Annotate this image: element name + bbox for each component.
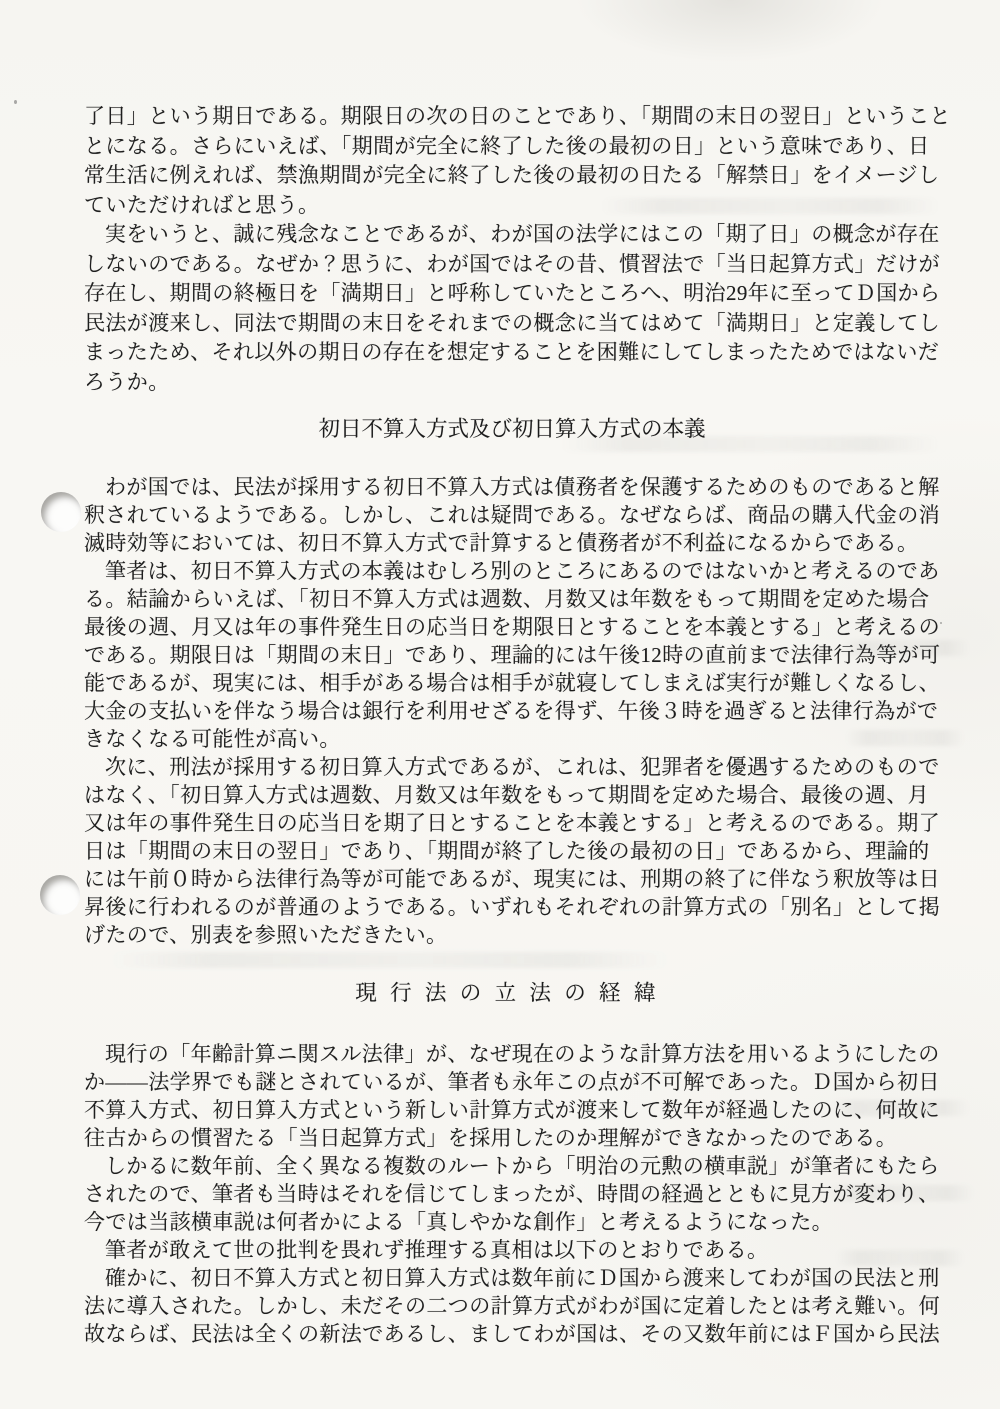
text-line: まったため、それ以外の期日の存在を想定することを困難にしてしまったためではないだ: [84, 338, 940, 368]
section-heading-rippou-keii: 現行法の立法の経緯: [84, 978, 940, 1008]
text-line: とになる。さらにいえば、「期間が完全に終了した後の最初の日」という意味であり、日: [84, 132, 940, 162]
text-line: 釈されているようである。しかし、これは疑問である。なぜならば、商品の購入代金の消: [84, 501, 940, 529]
text-line: 昇後に行われるのが普通のようである。いずれもそれぞれの計算方式の「別名」として掲: [84, 893, 940, 921]
text-line: きなくなる可能性が高い。: [84, 725, 940, 753]
text-line: 法に導入された。しかし、未だその二つの計算方式がわが国に定着したとは考え難い。何: [84, 1292, 940, 1320]
text-line: 滅時効等においては、初日不算入方式で計算すると債務者が不利益になるからである。: [84, 529, 940, 557]
text-line: 存在し、期間の終極日を「満期日」と呼称していたところへ、明治29年に至ってＤ国か…: [84, 279, 940, 309]
text-line: 故ならば、民法は全くの新法であるし、ましてわが国は、その又数年前にはＦ国から民法: [84, 1320, 940, 1348]
scan-speck: [940, 622, 942, 624]
text-line: 能であるが、現実には、相手がある場合は相手が就寝してしまえば実行が難しくなるし、: [84, 669, 940, 697]
text-line: 了日」という期日である。期限日の次の日のことであり、「期間の末日の翌日」というこ…: [84, 102, 940, 132]
text-line: か――法学界でも謎とされているが、筆者も永年この点が不可解であった。Ｄ国から初日: [84, 1068, 940, 1096]
text-line: 今では当該横車説は何者かによる「真しやかな創作」と考えるようになった。: [84, 1208, 940, 1236]
bleedthrough-smudge: [110, 952, 670, 968]
text-line: げたので、別表を参照いただきたい。: [84, 921, 940, 949]
text-block-2: わが国では、民法が採用する初日不算入方式は債務者を保護するためのものであると解 …: [84, 473, 940, 949]
text-line: ていただければと思う。: [84, 191, 940, 221]
section-heading-honngi: 初日不算入方式及び初日算入方式の本義: [84, 414, 940, 444]
scanned-document-page: 了日」という期日である。期限日の次の日のことであり、「期間の末日の翌日」というこ…: [0, 0, 1000, 1409]
text-line: 大金の支払いを伴なう場合は銀行を利用せざるを得ず、午後３時を過ぎると法律行為がで: [84, 697, 940, 725]
text-line: 不算入方式、初日算入方式という新しい計算方式が渡来して数年が経過したのに、何故に: [84, 1096, 940, 1124]
text-line: わが国では、民法が採用する初日不算入方式は債務者を保護するためのものであると解: [84, 473, 940, 501]
text-line: されたので、筆者も当時はそれを信じてしまったが、時間の経過とともに見方が変わり、: [84, 1180, 940, 1208]
text-line: しかるに数年前、全く異なる複数のルートから「明治の元勲の横車説」が筆者にもたら: [84, 1152, 940, 1180]
scan-speck: [14, 100, 17, 104]
text-line: 往古からの慣習たる「当日起算方式」を採用したのか理解ができなかったのである。: [84, 1124, 940, 1152]
text-line: 日は「期間の末日の翌日」であり、「期間が終了した後の最初の日」であるから、理論的: [84, 837, 940, 865]
text-line: 民法が渡来し、同法で期間の末日をそれまでの概念に当てはめて「満期日」と定義してし: [84, 309, 940, 339]
text-line: 常生活に例えれば、禁漁期間が完全に終了した後の最初の日たる「解禁日」をイメージし: [84, 161, 940, 191]
text-line: る。結論からいえば、「初日不算入方式は週数、月数又は年数をもって期間を定めた場合: [84, 585, 940, 613]
text-block-1: 了日」という期日である。期限日の次の日のことであり、「期間の末日の翌日」というこ…: [84, 102, 940, 397]
text-line: はなく、「初日算入方式は週数、月数又は年数をもって期間を定めた場合、最後の週、月: [84, 781, 940, 809]
text-line: しないのである。なぜか？思うに、わが国ではその昔、慣習法で「当日起算方式」だけが: [84, 250, 940, 280]
punch-hole-bottom: [40, 875, 80, 915]
text-line: 又は年の事件発生日の応当日を期了日とすることを本義とする」と考えるのである。期了: [84, 809, 940, 837]
text-line: 筆者が敢えて世の批判を畏れず推理する真相は以下のとおりである。: [84, 1236, 940, 1264]
text-line: ろうか。: [84, 368, 940, 398]
text-line: には午前０時から法律行為等が可能であるが、現実には、刑期の終了に伴なう釈放等は日: [84, 865, 940, 893]
text-line: 最後の週、月又は年の事件発生日の応当日を期限日とすることを本義とする」と考えるの: [84, 613, 940, 641]
text-line: 次に、刑法が採用する初日算入方式であるが、これは、犯罪者を優遇するためのもので: [84, 753, 940, 781]
punch-hole-top: [41, 492, 81, 532]
text-line: である。期限日は「期間の末日」であり、理論的には午後12時の直前まで法律行為等が…: [84, 641, 940, 669]
text-block-3: 現行の「年齢計算ニ関スル法律」が、なぜ現在のような計算方法を用いるようにしたの …: [84, 1040, 940, 1348]
text-line: 確かに、初日不算入方式と初日算入方式は数年前にＤ国から渡来してわが国の民法と刑: [84, 1264, 940, 1292]
text-line: 実をいうと、誠に残念なことであるが、わが国の法学にはこの「期了日」の概念が存在: [84, 220, 940, 250]
text-line: 筆者は、初日不算入方式の本義はむしろ別のところにあるのではないかと考えるのであ: [84, 557, 940, 585]
text-line: 現行の「年齢計算ニ関スル法律」が、なぜ現在のような計算方法を用いるようにしたの: [84, 1040, 940, 1068]
